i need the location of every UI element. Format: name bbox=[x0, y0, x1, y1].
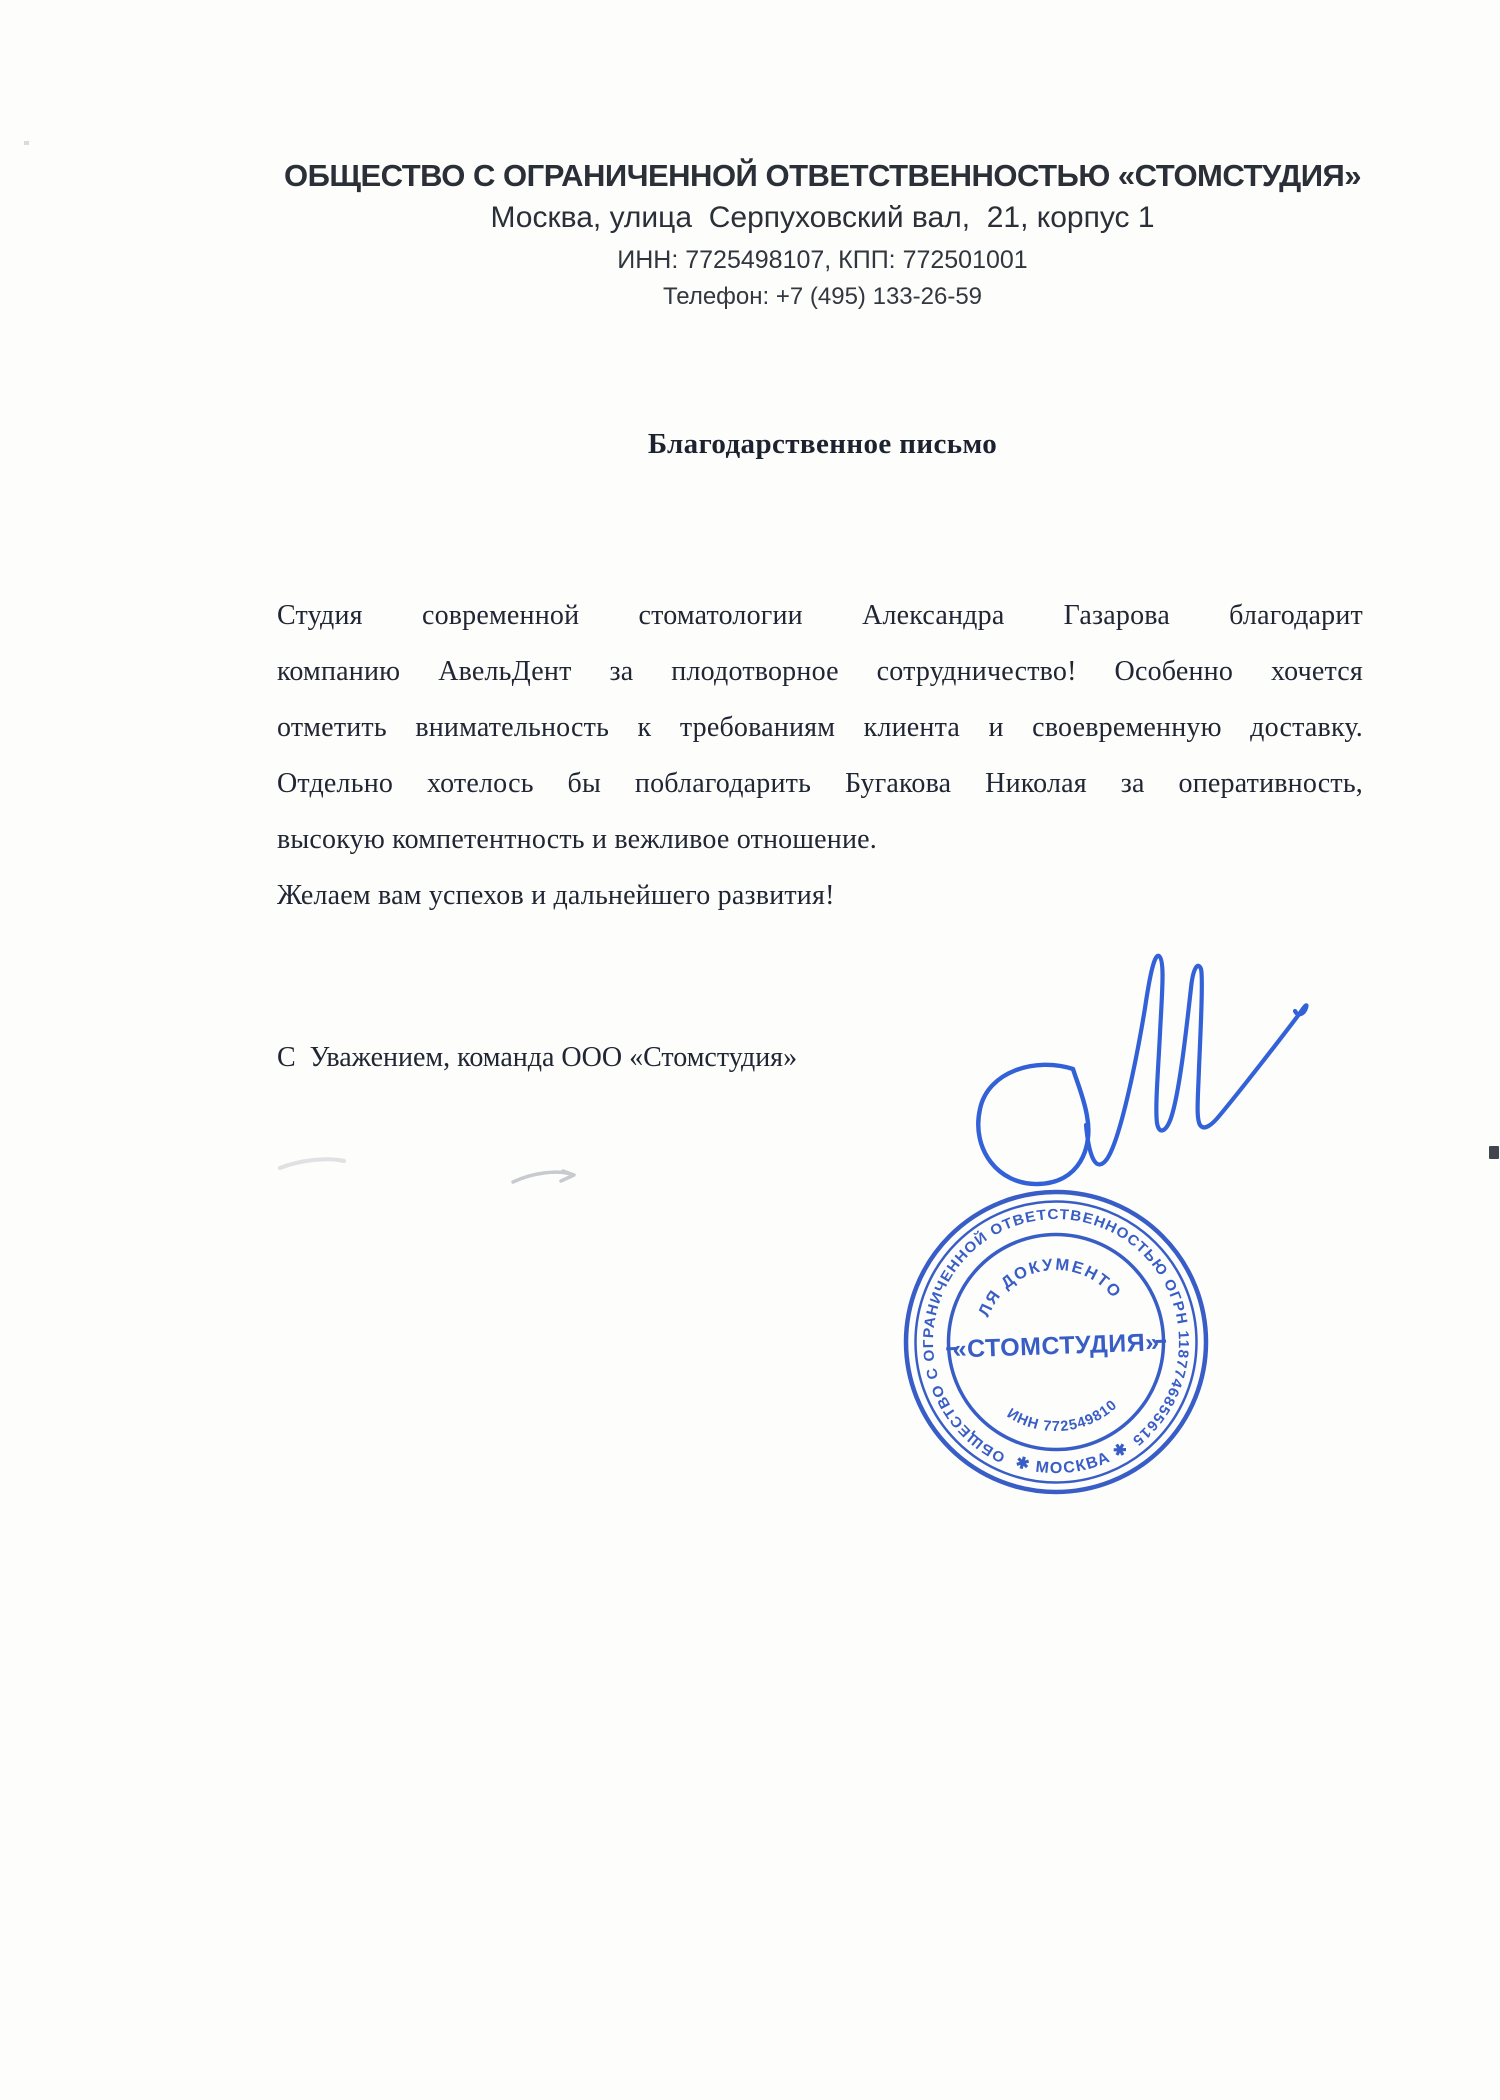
body-line: Студия современной стоматологии Александ… bbox=[277, 588, 1363, 644]
body-line: Отдельно хотелось бы поблагодарить Бугак… bbox=[277, 756, 1363, 812]
company-stamp: ОБЩЕСТВО С ОГРАНИЧЕННОЙ ОТВЕТСТВЕННОСТЬЮ… bbox=[896, 1182, 1216, 1502]
company-inn-kpp: ИНН: 7725498107, КПП: 772501001 bbox=[150, 240, 1495, 280]
stamp-center-label: «СТОМСТУДИЯ» bbox=[952, 1328, 1160, 1363]
pencil-arrow bbox=[513, 1171, 574, 1182]
company-phone: Телефон: +7 (495) 133-26-59 bbox=[150, 280, 1495, 314]
company-name: ОБЩЕСТВО С ОГРАНИЧЕННОЙ ОТВЕТСТВЕННОСТЬЮ… bbox=[150, 156, 1495, 196]
pencil-smudge bbox=[280, 1159, 344, 1168]
scan-artifact-edge-mark bbox=[1489, 1146, 1499, 1159]
body-line: высокую компетентность и вежливое отноше… bbox=[277, 812, 1363, 868]
pencil-scan-marks bbox=[240, 1130, 640, 1210]
scanned-letter-page: ОБЩЕСТВО С ОГРАНИЧЕННОЙ ОТВЕТСТВЕННОСТЬЮ… bbox=[0, 0, 1500, 2100]
letterhead: ОБЩЕСТВО С ОГРАНИЧЕННОЙ ОТВЕТСТВЕННОСТЬЮ… bbox=[150, 156, 1495, 314]
company-address: Москва, улица Серпуховский вал, 21, корп… bbox=[150, 196, 1495, 240]
handwritten-signature bbox=[940, 933, 1340, 1223]
body-line: Желаем вам успехов и дальнейшего развити… bbox=[277, 868, 1363, 924]
scan-artifact-dot bbox=[24, 141, 29, 145]
body-line: отметить внимательность к требованиям кл… bbox=[277, 700, 1363, 756]
letter-title: Благодарственное письмо bbox=[150, 428, 1495, 461]
signature-strokes bbox=[978, 956, 1306, 1184]
letter-body: Студия современной стоматологии Александ… bbox=[277, 588, 1363, 924]
body-line: компанию АвельДент за плодотворное сотру… bbox=[277, 644, 1363, 700]
